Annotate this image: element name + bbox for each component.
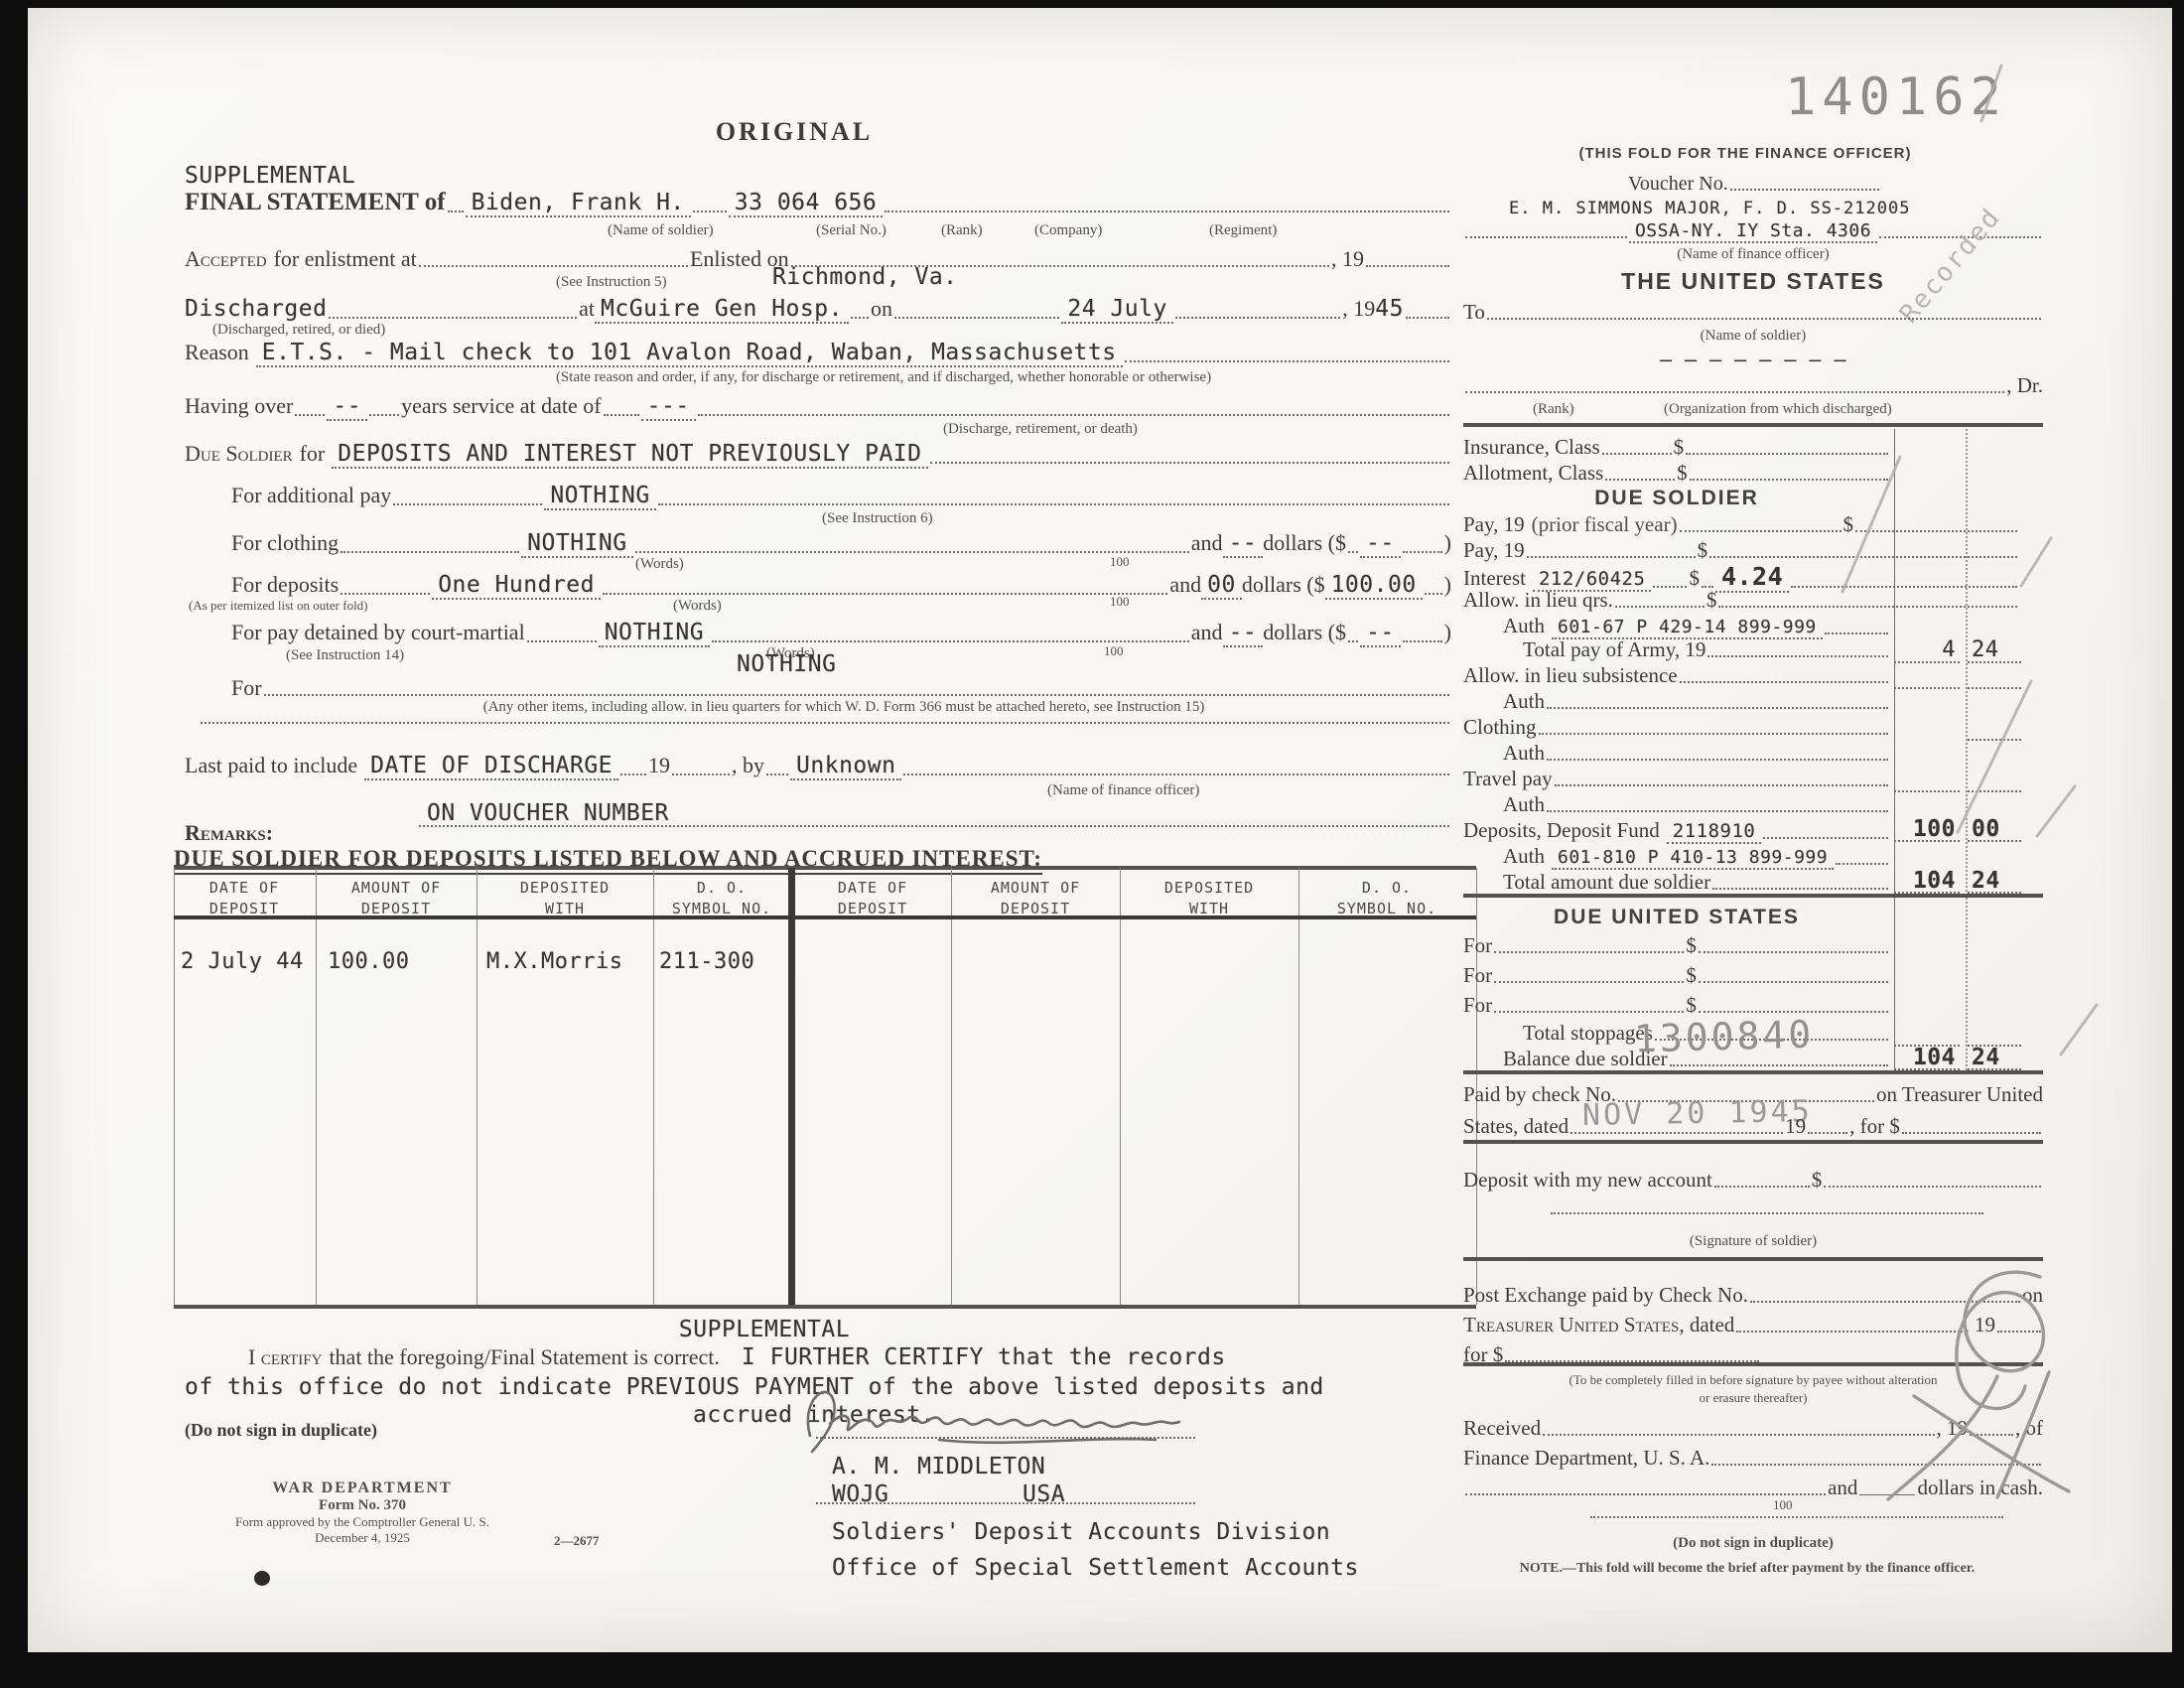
leader bbox=[1494, 981, 1684, 983]
on-treasurer-label: on Treasurer United bbox=[1876, 1082, 2043, 1107]
treasurer-dated-label: , dated bbox=[1679, 1313, 1734, 1337]
leader bbox=[1465, 236, 1627, 238]
subsistence-line: Allow. in lieu subsistence bbox=[1463, 663, 1890, 688]
leader bbox=[1970, 1434, 2013, 1436]
soldier-signature-line bbox=[1549, 1217, 1985, 1219]
leader bbox=[1551, 1212, 1983, 1214]
leader bbox=[1602, 453, 1672, 455]
check-number-stamp: 1300840 bbox=[1633, 1013, 1814, 1061]
voucher-stamp-number: 140162 bbox=[1785, 68, 2007, 127]
fund-no-typed: 2118910 bbox=[1667, 820, 1762, 844]
leader bbox=[1487, 318, 2041, 320]
deposits-fund-label: Deposits, Deposit Fund bbox=[1463, 818, 1660, 843]
dollars-in-cash-label: dollars in cash. bbox=[1917, 1476, 2043, 1500]
total-amount-dollars: 104 bbox=[1894, 868, 1960, 894]
total-pay-dollars: 4 bbox=[1894, 637, 1960, 663]
dr-label: , Dr. bbox=[2006, 373, 2043, 398]
fold-title: (THIS FOLD FOR THE FINANCE OFFICER) bbox=[1463, 145, 2027, 162]
subsistence-label: Allow. in lieu subsistence bbox=[1463, 663, 1678, 688]
clothing-cents-blank bbox=[1968, 715, 2021, 741]
duplicate-signature-line bbox=[1588, 1521, 2005, 1523]
leader bbox=[1902, 1132, 2041, 1134]
allotment-label: Allotment, Class bbox=[1463, 461, 1603, 486]
to-label: To bbox=[1463, 300, 1485, 325]
pay-19-label: Pay, 19 bbox=[1463, 512, 1525, 537]
dollar-sign: $ bbox=[1674, 435, 1685, 460]
leader bbox=[1699, 981, 1888, 983]
auth-line: Auth bbox=[1503, 741, 1890, 766]
for-label: For bbox=[1463, 933, 1492, 958]
auth-label: Auth bbox=[1503, 614, 1545, 638]
leader bbox=[1615, 606, 1705, 608]
insurance-line: Insurance, Class $ bbox=[1463, 435, 1890, 460]
auth-label: Auth bbox=[1503, 792, 1545, 817]
do-not-sign-label: (Do not sign in duplicate) bbox=[1463, 1535, 2043, 1552]
travel-pay-label: Travel pay bbox=[1463, 767, 1553, 791]
finance-officer-name-typed: E. M. SIMMONS MAJOR, F. D. SS-212005 bbox=[1509, 199, 1910, 218]
leader bbox=[1825, 633, 1888, 634]
deposits-cents: 00 bbox=[1968, 816, 2021, 842]
for-amount-label: , for $ bbox=[1849, 1114, 1900, 1139]
year-19: 19 bbox=[1785, 1114, 1806, 1139]
due-us-for-line: For $ bbox=[1463, 963, 1890, 988]
auth-line-1: Auth 601-67 P 429-14 899-999 bbox=[1503, 614, 1890, 639]
pay-prior-line: Pay, 19 (prior fiscal year) $ bbox=[1463, 512, 2019, 537]
received-label: Received bbox=[1463, 1416, 1541, 1441]
leader bbox=[1670, 1064, 1888, 1066]
leader bbox=[1707, 655, 1888, 657]
dollar-sign: $ bbox=[1698, 538, 1708, 563]
year-19: , 19 bbox=[1937, 1416, 1969, 1441]
leader bbox=[1555, 784, 1888, 786]
due-us-top-rule bbox=[1463, 894, 2043, 898]
on-label: on bbox=[2022, 1283, 2043, 1308]
dollar-sign: $ bbox=[1686, 933, 1697, 958]
leader bbox=[1527, 556, 1696, 558]
pay-19-label: Pay, 19 bbox=[1463, 538, 1525, 563]
due-soldier-heading: DUE SOLDIER bbox=[1463, 487, 1890, 510]
leader bbox=[1712, 888, 1888, 890]
travel-dollars-blank bbox=[1894, 767, 1960, 792]
due-united-states-heading: DUE UNITED STATES bbox=[1463, 906, 1890, 929]
auth-label: Auth bbox=[1503, 689, 1545, 714]
dollar-sign: $ bbox=[1686, 963, 1697, 988]
filled-before-signature-note: (To be completely filled in before signa… bbox=[1463, 1372, 2043, 1388]
voucher-no-label: Voucher No. bbox=[1628, 173, 1728, 196]
insurance-label: Insurance, Class bbox=[1463, 435, 1600, 460]
deposits-fund-line: Deposits, Deposit Fund 2118910 bbox=[1463, 818, 1890, 844]
for-label: For bbox=[1463, 963, 1492, 988]
dollar-sign: $ bbox=[1686, 993, 1697, 1018]
leader bbox=[1590, 1516, 2003, 1518]
auth-1-typed: 601-67 P 429-14 899-999 bbox=[1552, 617, 1823, 639]
to-line: To bbox=[1463, 300, 2043, 325]
filled-before-signature-note-2: or erasure thereafter) bbox=[1463, 1390, 2043, 1406]
rank-org-line: , Dr. bbox=[1463, 373, 2043, 398]
leader bbox=[1680, 681, 1888, 683]
allow-qrs-line: Allow. in lieu qrs. $ bbox=[1463, 588, 2019, 613]
clothing-label: Clothing bbox=[1463, 715, 1537, 740]
dollar-sign: $ bbox=[1812, 1168, 1823, 1193]
dollar-sign: $ bbox=[1706, 588, 1717, 613]
finance-department-line: Finance Department, U. S. A. bbox=[1463, 1446, 2043, 1471]
leader bbox=[1547, 759, 1888, 761]
deposit-new-account-label: Deposit with my new account bbox=[1463, 1168, 1712, 1193]
year-19: , 19 bbox=[1965, 1313, 1996, 1337]
of-label: , of bbox=[2015, 1416, 2043, 1441]
auth-line-2: Auth 601-810 P 410-13 899-999 bbox=[1503, 844, 1890, 870]
deposits-dollars: 100 bbox=[1894, 816, 1960, 842]
total-amount-label: Total amount due soldier bbox=[1503, 870, 1710, 895]
rank-label: (Rank) bbox=[1533, 401, 1574, 418]
total-pay-cents: 24 bbox=[1968, 637, 2021, 663]
allow-qrs-label: Allow. in lieu qrs. bbox=[1463, 588, 1613, 613]
states-dated-line: States, dated 19 , for $ bbox=[1463, 1114, 2043, 1139]
leader bbox=[1465, 1493, 1826, 1495]
due-us-for-line: For $ bbox=[1463, 993, 1890, 1018]
leader bbox=[1711, 1464, 2041, 1466]
post-exchange-line: Post Exchange paid by Check No. on bbox=[1463, 1283, 2043, 1308]
payment-rule bbox=[1463, 1257, 2043, 1261]
dollars-in-cash-line: and dollars in cash. bbox=[1463, 1476, 2043, 1500]
stoppages-dollars-blank bbox=[1894, 1021, 1960, 1047]
auth-2-typed: 601-810 P 410-13 899-999 bbox=[1552, 847, 1834, 870]
total-pay-label: Total pay of Army, 19 bbox=[1523, 637, 1706, 662]
treasurer-label: Treasurer United States bbox=[1463, 1313, 1679, 1337]
leader bbox=[1730, 189, 1879, 191]
pay-line: Pay, 19 $ bbox=[1463, 538, 2019, 563]
leader bbox=[1855, 530, 2017, 532]
allotment-line: Allotment, Class $ bbox=[1463, 461, 1890, 486]
leader bbox=[1547, 810, 1888, 812]
voucher-no-line: Voucher No. bbox=[1628, 173, 1946, 196]
leader bbox=[1680, 530, 1842, 532]
and-label: and bbox=[1828, 1476, 1857, 1500]
prior-fiscal-label: (prior fiscal year) bbox=[1532, 512, 1678, 537]
subsistence-cents-blank bbox=[1968, 663, 2021, 689]
ledger-top-rule bbox=[1463, 423, 2043, 427]
auth-label: Auth bbox=[1503, 741, 1545, 766]
post-exchange-label: Post Exchange paid by Check No. bbox=[1463, 1283, 1748, 1308]
organization-label: (Organization from which discharged) bbox=[1664, 401, 1892, 418]
auth-line: Auth bbox=[1503, 792, 1890, 817]
typed-dashes: — — — — — — — — bbox=[1463, 348, 2043, 371]
subsistence-dollars-blank bbox=[1894, 663, 1960, 689]
leader bbox=[1824, 1186, 2041, 1188]
payment-rule bbox=[1463, 1140, 2043, 1144]
leader bbox=[1763, 837, 1888, 839]
leader bbox=[1570, 1132, 1783, 1134]
travel-cents-blank bbox=[1968, 767, 2021, 792]
cents-blank bbox=[1859, 1494, 1915, 1495]
leader bbox=[1494, 1011, 1684, 1013]
travel-pay-line: Travel pay bbox=[1463, 767, 1890, 791]
clothing-line-fold: Clothing bbox=[1463, 715, 1890, 740]
stoppages-cents-blank bbox=[1968, 1021, 2021, 1047]
ledger-bottom-rule bbox=[1463, 1070, 2043, 1074]
payment-rule bbox=[1463, 1362, 2043, 1366]
fraction-100: 100 bbox=[1773, 1497, 1793, 1513]
leader bbox=[1547, 707, 1888, 709]
received-line: Received , 19 , of bbox=[1463, 1416, 2043, 1441]
leader bbox=[1494, 951, 1684, 953]
fold-note: NOTE.—This fold will become the brief af… bbox=[1449, 1561, 2045, 1577]
total-pay-line: Total pay of Army, 19 bbox=[1523, 637, 1890, 662]
total-amount-cents: 24 bbox=[1968, 868, 2021, 894]
leader bbox=[1709, 556, 2017, 558]
leader bbox=[1605, 479, 1675, 481]
total-amount-line: Total amount due soldier bbox=[1503, 870, 1890, 895]
finance-officer-fold: 140162 (THIS FOLD FOR THE FINANCE OFFICE… bbox=[0, 0, 2184, 1688]
finance-department-label: Finance Department, U. S. A. bbox=[1463, 1446, 1709, 1471]
leader bbox=[1699, 951, 1888, 953]
leader bbox=[1808, 1132, 1847, 1134]
leader bbox=[1997, 1331, 2041, 1333]
leader bbox=[1750, 1301, 2020, 1303]
dollar-sign: $ bbox=[1677, 461, 1688, 486]
leader bbox=[1836, 863, 1888, 865]
balance-cents: 24 bbox=[1968, 1045, 2021, 1070]
treasurer-dated-line: Treasurer United States , dated , 19 bbox=[1463, 1313, 2043, 1337]
leader bbox=[1465, 391, 2004, 393]
for-label: For bbox=[1463, 993, 1492, 1018]
leader bbox=[1736, 1331, 1962, 1333]
deposit-new-account-line: Deposit with my new account $ bbox=[1463, 1168, 2043, 1193]
leader bbox=[1543, 1434, 1934, 1436]
due-us-for-line: For $ bbox=[1463, 933, 1890, 958]
finance-officer-station-typed: OSSA-NY. IY Sta. 4306 bbox=[1629, 220, 1877, 243]
leader bbox=[1718, 606, 2017, 608]
signature-of-soldier-label: (Signature of soldier) bbox=[1463, 1233, 2043, 1250]
auth-label: Auth bbox=[1503, 844, 1545, 869]
states-dated-label: States, dated bbox=[1463, 1114, 1569, 1139]
dollar-sign: $ bbox=[1843, 512, 1854, 537]
leader bbox=[1714, 1186, 1810, 1188]
auth-line: Auth bbox=[1503, 689, 1890, 714]
balance-dollars: 104 bbox=[1894, 1045, 1960, 1070]
name-of-soldier-label: (Name of soldier) bbox=[1463, 328, 2043, 345]
leader bbox=[1686, 453, 1888, 455]
leader bbox=[1539, 733, 1888, 735]
